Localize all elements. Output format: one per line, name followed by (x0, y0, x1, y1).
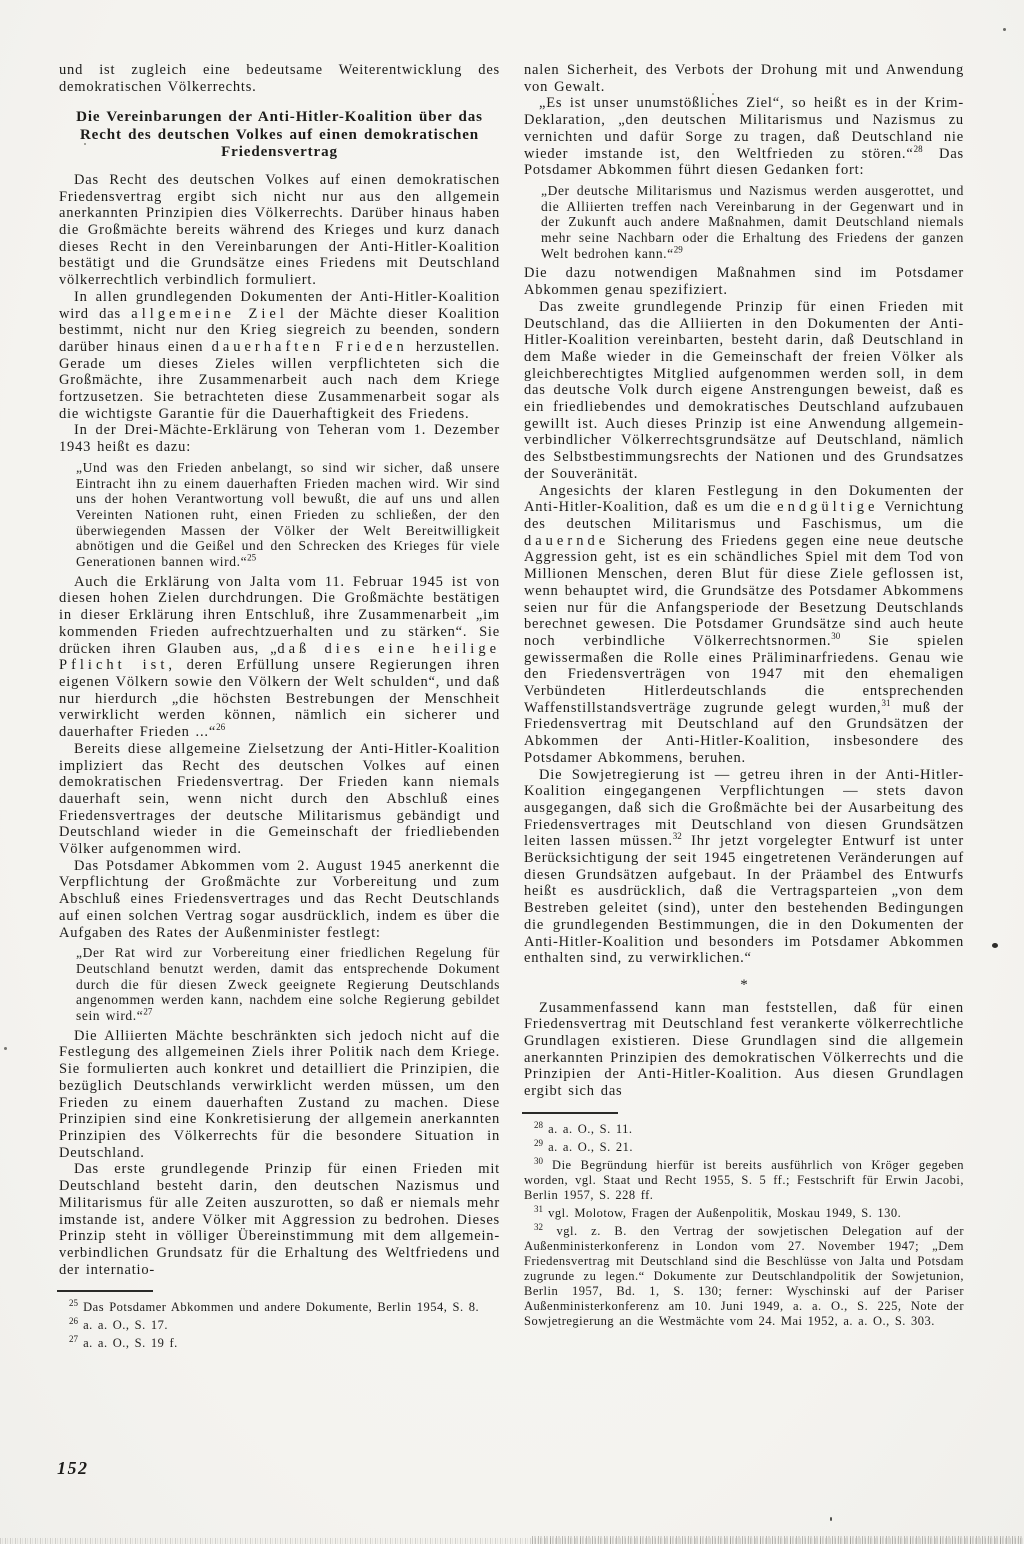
ink-speck (4, 1047, 7, 1050)
ink-speck (1003, 28, 1006, 31)
ink-speck (84, 143, 86, 145)
footnote: 26 a. a. O., S. 17. (59, 1318, 500, 1333)
section-heading: Die Vereinbarungen der Anti-Hitler-Koali… (71, 109, 488, 162)
paragraph: Bereits diese allgemeine Zielsetzung der… (59, 741, 500, 858)
ink-speck (712, 93, 714, 95)
ink-speck (830, 1517, 832, 1521)
footnote: 29 a. a. O., S. 21. (524, 1140, 964, 1155)
paragraph: In allen grundlegenden Dokumenten der An… (59, 289, 500, 423)
paragraph: Angesichts der klaren Festlegung in den … (524, 483, 964, 767)
paragraph: Zusammenfassend kann man feststellen, da… (524, 1000, 964, 1100)
footnote: 30 Die Begründung hierfür ist bereits au… (524, 1158, 964, 1203)
footnote: 27 a. a. O., S. 19 f. (59, 1336, 500, 1351)
footnote: 28 a. a. O., S. 11. (524, 1122, 964, 1137)
footnote: 32 vgl. z. B. den Vertrag der sowjetisch… (524, 1224, 964, 1329)
right-text-column: nalen Sicherheit, des Verbots der Drohun… (524, 62, 964, 1329)
scanned-journal-page: und ist zugleich eine bedeutsame Weitere… (0, 0, 1024, 1544)
footnote: 25 Das Potsdamer Abkommen und andere Dok… (59, 1300, 500, 1315)
footnote: 31 vgl. Molotow, Fragen der Außenpolitik… (524, 1206, 964, 1221)
paragraph: Das erste grundlegende Prinzip für einen… (59, 1161, 500, 1278)
paragraph: Auch die Erklärung von Jalta vom 11. Feb… (59, 574, 500, 741)
paragraph: nalen Sicherheit, des Verbots der Drohun… (524, 62, 964, 95)
scan-edge-artifact (532, 1536, 1024, 1544)
paragraph: und ist zugleich eine bedeutsame Weitere… (59, 62, 500, 95)
footnote-separator (522, 1112, 618, 1114)
paragraph: „Es ist unser unumstößliches Ziel“, so h… (524, 95, 964, 179)
block-quote: „Der Rat wird zur Vorbereitung einer fri… (76, 945, 500, 1024)
paragraph: Die dazu notwendigen Maßnahmen sind im P… (524, 265, 964, 298)
paragraph: Die Alliierten Mächte beschränkten sich … (59, 1028, 500, 1162)
paragraph: Das Potsdamer Abkommen vom 2. August 194… (59, 858, 500, 942)
ink-speck (992, 943, 998, 948)
left-text-column: und ist zugleich eine bedeutsame Weitere… (59, 62, 500, 1351)
paragraph: Die Sowjetregierung ist — getreu ihren i… (524, 767, 964, 967)
paragraph: In der Drei-Mächte-Erklärung von Teheran… (59, 422, 500, 455)
page-number: 152 (57, 1458, 89, 1479)
paragraph: Das Recht des deutschen Volkes auf einen… (59, 172, 500, 289)
block-quote: „Und was den Frieden anbelangt, so sind … (76, 460, 500, 570)
footnote-separator (57, 1290, 153, 1292)
paragraph: Das zweite grundlegende Prinzip für eine… (524, 299, 964, 483)
block-quote: „Der deutsche Militarismus und Nazismus … (541, 183, 964, 262)
asterisk-separator: * (524, 977, 964, 994)
